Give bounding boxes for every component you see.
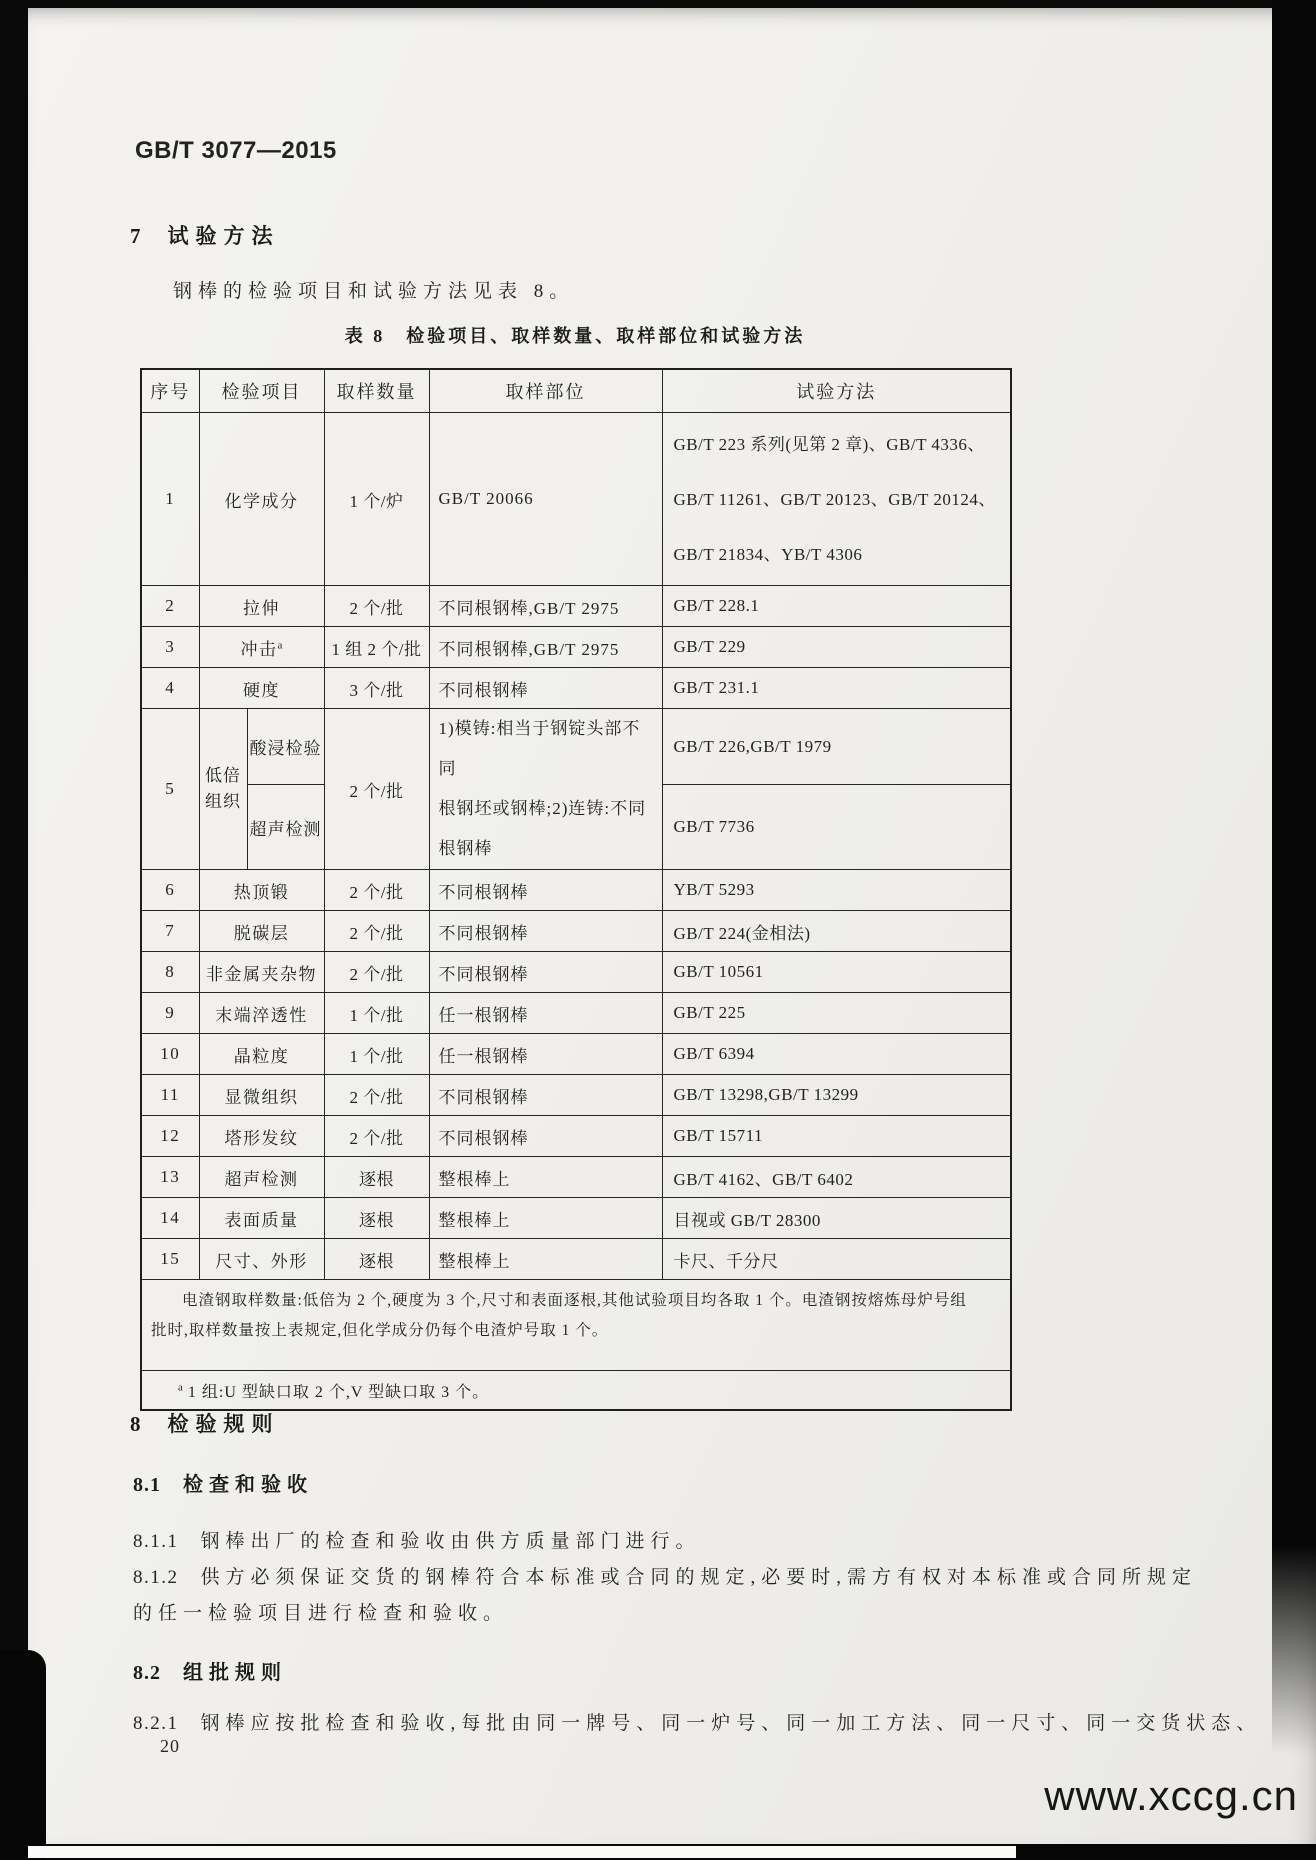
cell-location: 整根棒上	[429, 1157, 662, 1198]
table-row: 8 非金属夹杂物 2 个/批 不同根钢棒 GB/T 10561	[141, 952, 1011, 993]
cell-item-sub: 超声检测	[247, 785, 324, 870]
cell-no: 15	[141, 1239, 199, 1280]
cell-location: 不同根钢棒	[429, 911, 662, 952]
cell-qty: 2 个/批	[324, 952, 429, 993]
impact-footnote-marker: a	[278, 639, 283, 651]
table-note-row: 电渣钢取样数量:低倍为 2 个,硬度为 3 个,尺寸和表面逐根,其他试验项目均各…	[141, 1280, 1011, 1371]
cell-no: 1	[141, 413, 199, 586]
table-row: 3 冲击a 1 组 2 个/批 不同根钢棒,GB/T 2975 GB/T 229	[141, 627, 1011, 668]
cell-location: 整根棒上	[429, 1239, 662, 1280]
cell-location: 整根棒上	[429, 1198, 662, 1239]
cell-location: 不同根钢棒	[429, 668, 662, 709]
cell-no: 5	[141, 709, 199, 870]
footnote-text: 1 组:U 型缺口取 2 个,V 型缺口取 3 个。	[188, 1384, 489, 1401]
para-8-1-2-text: 供方必须保证交货的钢棒符合本标准或合同的规定,必要时,需方有权对本标准或合同所规…	[133, 1567, 1197, 1624]
para-8-1-2-label: 8.1.2	[133, 1567, 179, 1588]
cell-no: 3	[141, 627, 199, 668]
table-row: 10 晶粒度 1 个/批 任一根钢棒 GB/T 6394	[141, 1034, 1011, 1075]
cell-item: 拉伸	[199, 586, 324, 627]
cell-item: 脱碳层	[199, 911, 324, 952]
cell-location: 不同根钢棒	[429, 1075, 662, 1116]
section-7-title: 试验方法	[168, 224, 280, 248]
page-number: 20	[160, 1736, 180, 1757]
cell-method: GB/T 223 系列(见第 2 章)、GB/T 4336、 GB/T 1126…	[662, 413, 1011, 586]
table-row: 1 化学成分 1 个/炉 GB/T 20066 GB/T 223 系列(见第 2…	[141, 413, 1011, 586]
cell-method: GB/T 15711	[662, 1116, 1011, 1157]
cell-item: 晶粒度	[199, 1034, 324, 1075]
cell-qty: 2 个/批	[324, 911, 429, 952]
cell-method: GB/T 231.1	[662, 668, 1011, 709]
cell-item: 显微组织	[199, 1075, 324, 1116]
cell-item: 非金属夹杂物	[199, 952, 324, 993]
cell-location: 不同根钢棒,GB/T 2975	[429, 627, 662, 668]
table-note: 电渣钢取样数量:低倍为 2 个,硬度为 3 个,尺寸和表面逐根,其他试验项目均各…	[141, 1280, 1011, 1371]
cell-item-group: 低倍组织	[199, 709, 247, 870]
cell-qty: 2 个/批	[324, 586, 429, 627]
cell-item: 冲击a	[199, 627, 324, 668]
para-8-2-1-label: 8.2.1	[133, 1713, 179, 1734]
scan-edge-bottom-right	[1016, 1844, 1316, 1860]
cell-method: GB/T 229	[662, 627, 1011, 668]
section-8-1-heading: 8.1检查和验收	[133, 1468, 313, 1497]
scan-strip-bottom	[28, 1846, 1028, 1858]
section-8-title: 检验规则	[168, 1412, 280, 1436]
cell-qty: 2 个/批	[324, 1116, 429, 1157]
table-8-title: 表 8 检验项目、取样数量、取样部位和试验方法	[140, 322, 1010, 348]
cell-qty: 逐根	[324, 1239, 429, 1280]
col-header-qty: 取样数量	[324, 369, 429, 413]
table-row: 2 拉伸 2 个/批 不同根钢棒,GB/T 2975 GB/T 228.1	[141, 586, 1011, 627]
cell-location: 任一根钢棒	[429, 993, 662, 1034]
cell-method: GB/T 7736	[662, 785, 1011, 870]
intro-paragraph: 钢棒的检验项目和试验方法见表 8。	[133, 276, 574, 303]
cell-no: 8	[141, 952, 199, 993]
cell-qty: 逐根	[324, 1157, 429, 1198]
table-row: 12 塔形发纹 2 个/批 不同根钢棒 GB/T 15711	[141, 1116, 1011, 1157]
col-header-method: 试验方法	[662, 369, 1011, 413]
cell-qty: 1 组 2 个/批	[324, 627, 429, 668]
cell-qty: 2 个/批	[324, 1075, 429, 1116]
cell-qty: 1 个/炉	[324, 413, 429, 586]
cell-location: GB/T 20066	[429, 413, 662, 586]
cell-location: 不同根钢棒	[429, 870, 662, 911]
cell-location: 不同根钢棒,GB/T 2975	[429, 586, 662, 627]
cell-no: 4	[141, 668, 199, 709]
cell-method: 卡尺、千分尺	[662, 1239, 1011, 1280]
cell-no: 11	[141, 1075, 199, 1116]
cell-method: YB/T 5293	[662, 870, 1011, 911]
scan-edge-right	[1272, 0, 1316, 1755]
cell-method: GB/T 13298,GB/T 13299	[662, 1075, 1011, 1116]
table-footnote-row: a 1 组:U 型缺口取 2 个,V 型缺口取 3 个。	[141, 1371, 1011, 1411]
para-8-1-1: 8.1.1钢棒出厂的检查和验收由供方质量部门进行。	[133, 1524, 701, 1560]
table-footnote: a 1 组:U 型缺口取 2 个,V 型缺口取 3 个。	[141, 1371, 1011, 1411]
cell-no: 7	[141, 911, 199, 952]
table-row: 7 脱碳层 2 个/批 不同根钢棒 GB/T 224(金相法)	[141, 911, 1011, 952]
table-row: 13 超声检测 逐根 整根棒上 GB/T 4162、GB/T 6402	[141, 1157, 1011, 1198]
table-8: 序号 检验项目 取样数量 取样部位 试验方法 1 化学成分 1 个/炉 GB/T…	[140, 368, 1012, 1411]
section-8-1-title: 检查和验收	[183, 1474, 313, 1496]
col-header-no: 序号	[141, 369, 199, 413]
cell-method: 目视或 GB/T 28300	[662, 1198, 1011, 1239]
table-row: 5 低倍组织 酸浸检验 2 个/批 1)模铸:相当于钢锭头部不同 根钢坯或钢棒;…	[141, 709, 1011, 785]
cell-location: 不同根钢棒	[429, 1116, 662, 1157]
cell-qty: 1 个/批	[324, 993, 429, 1034]
table-row: 4 硬度 3 个/批 不同根钢棒 GB/T 231.1	[141, 668, 1011, 709]
table-row: 15 尺寸、外形 逐根 整根棒上 卡尺、千分尺	[141, 1239, 1011, 1280]
section-8-2-title: 组批规则	[183, 1662, 287, 1684]
para-8-2-1: 8.2.1钢棒应按批检查和验收,每批由同一牌号、同一炉号、同一加工方法、同一尺寸…	[133, 1706, 1313, 1742]
cell-no: 14	[141, 1198, 199, 1239]
cell-qty: 3 个/批	[324, 668, 429, 709]
para-8-1-2: 8.1.2供方必须保证交货的钢棒符合本标准或合同的规定,必要时,需方有权对本标准…	[133, 1560, 1293, 1632]
cell-item: 尺寸、外形	[199, 1239, 324, 1280]
cell-qty: 2 个/批	[324, 870, 429, 911]
cell-no: 2	[141, 586, 199, 627]
section-8-number: 8	[130, 1412, 142, 1436]
table-row: 6 热顶锻 2 个/批 不同根钢棒 YB/T 5293	[141, 870, 1011, 911]
cell-location: 1)模铸:相当于钢锭头部不同 根钢坯或钢棒;2)连铸:不同 根钢棒	[429, 709, 662, 870]
cell-item: 塔形发纹	[199, 1116, 324, 1157]
cell-location: 不同根钢棒	[429, 952, 662, 993]
section-8-heading: 8检验规则	[130, 1408, 280, 1438]
cell-qty: 2 个/批	[324, 709, 429, 870]
paper: GB/T 3077—2015 7试验方法 钢棒的检验项目和试验方法见表 8。 表…	[28, 8, 1316, 1844]
cell-method: GB/T 225	[662, 993, 1011, 1034]
para-8-2-1-text: 钢棒应按批检查和验收,每批由同一牌号、同一炉号、同一加工方法、同一尺寸、同一交货…	[201, 1713, 1262, 1734]
cell-location: 任一根钢棒	[429, 1034, 662, 1075]
section-7-heading: 7试验方法	[130, 220, 280, 250]
col-header-location: 取样部位	[429, 369, 662, 413]
cell-item: 硬度	[199, 668, 324, 709]
cell-item: 末端淬透性	[199, 993, 324, 1034]
section-8-2-number: 8.2	[133, 1662, 161, 1684]
cell-no: 12	[141, 1116, 199, 1157]
cell-no: 6	[141, 870, 199, 911]
cell-method: GB/T 4162、GB/T 6402	[662, 1157, 1011, 1198]
table-row: 14 表面质量 逐根 整根棒上 目视或 GB/T 28300	[141, 1198, 1011, 1239]
cell-no: 9	[141, 993, 199, 1034]
para-8-1-1-text: 钢棒出厂的检查和验收由供方质量部门进行。	[201, 1531, 701, 1552]
cell-item: 热顶锻	[199, 870, 324, 911]
watermark: www.xccg.cn	[1044, 1772, 1298, 1820]
cell-qty: 逐根	[324, 1198, 429, 1239]
cell-method: GB/T 10561	[662, 952, 1011, 993]
cell-method: GB/T 224(金相法)	[662, 911, 1011, 952]
cell-qty: 1 个/批	[324, 1034, 429, 1075]
cell-item: 超声检测	[199, 1157, 324, 1198]
cell-item-sub: 酸浸检验	[247, 709, 324, 785]
cell-item: 表面质量	[199, 1198, 324, 1239]
section-7-number: 7	[130, 224, 142, 248]
cell-no: 10	[141, 1034, 199, 1075]
cell-method: GB/T 226,GB/T 1979	[662, 709, 1011, 785]
footnote-marker: a	[178, 1381, 183, 1393]
cell-no: 13	[141, 1157, 199, 1198]
cell-method: GB/T 6394	[662, 1034, 1011, 1075]
table-row: 11 显微组织 2 个/批 不同根钢棒 GB/T 13298,GB/T 1329…	[141, 1075, 1011, 1116]
table-header-row: 序号 检验项目 取样数量 取样部位 试验方法	[141, 369, 1011, 413]
cell-item: 化学成分	[199, 413, 324, 586]
scan-edge-corner	[0, 1650, 46, 1860]
section-8-2-heading: 8.2组批规则	[133, 1656, 287, 1685]
para-8-1-1-label: 8.1.1	[133, 1531, 179, 1552]
cell-method: GB/T 228.1	[662, 586, 1011, 627]
col-header-item: 检验项目	[199, 369, 324, 413]
standard-code: GB/T 3077—2015	[135, 137, 337, 165]
section-8-1-number: 8.1	[133, 1474, 161, 1496]
table-row: 9 末端淬透性 1 个/批 任一根钢棒 GB/T 225	[141, 993, 1011, 1034]
